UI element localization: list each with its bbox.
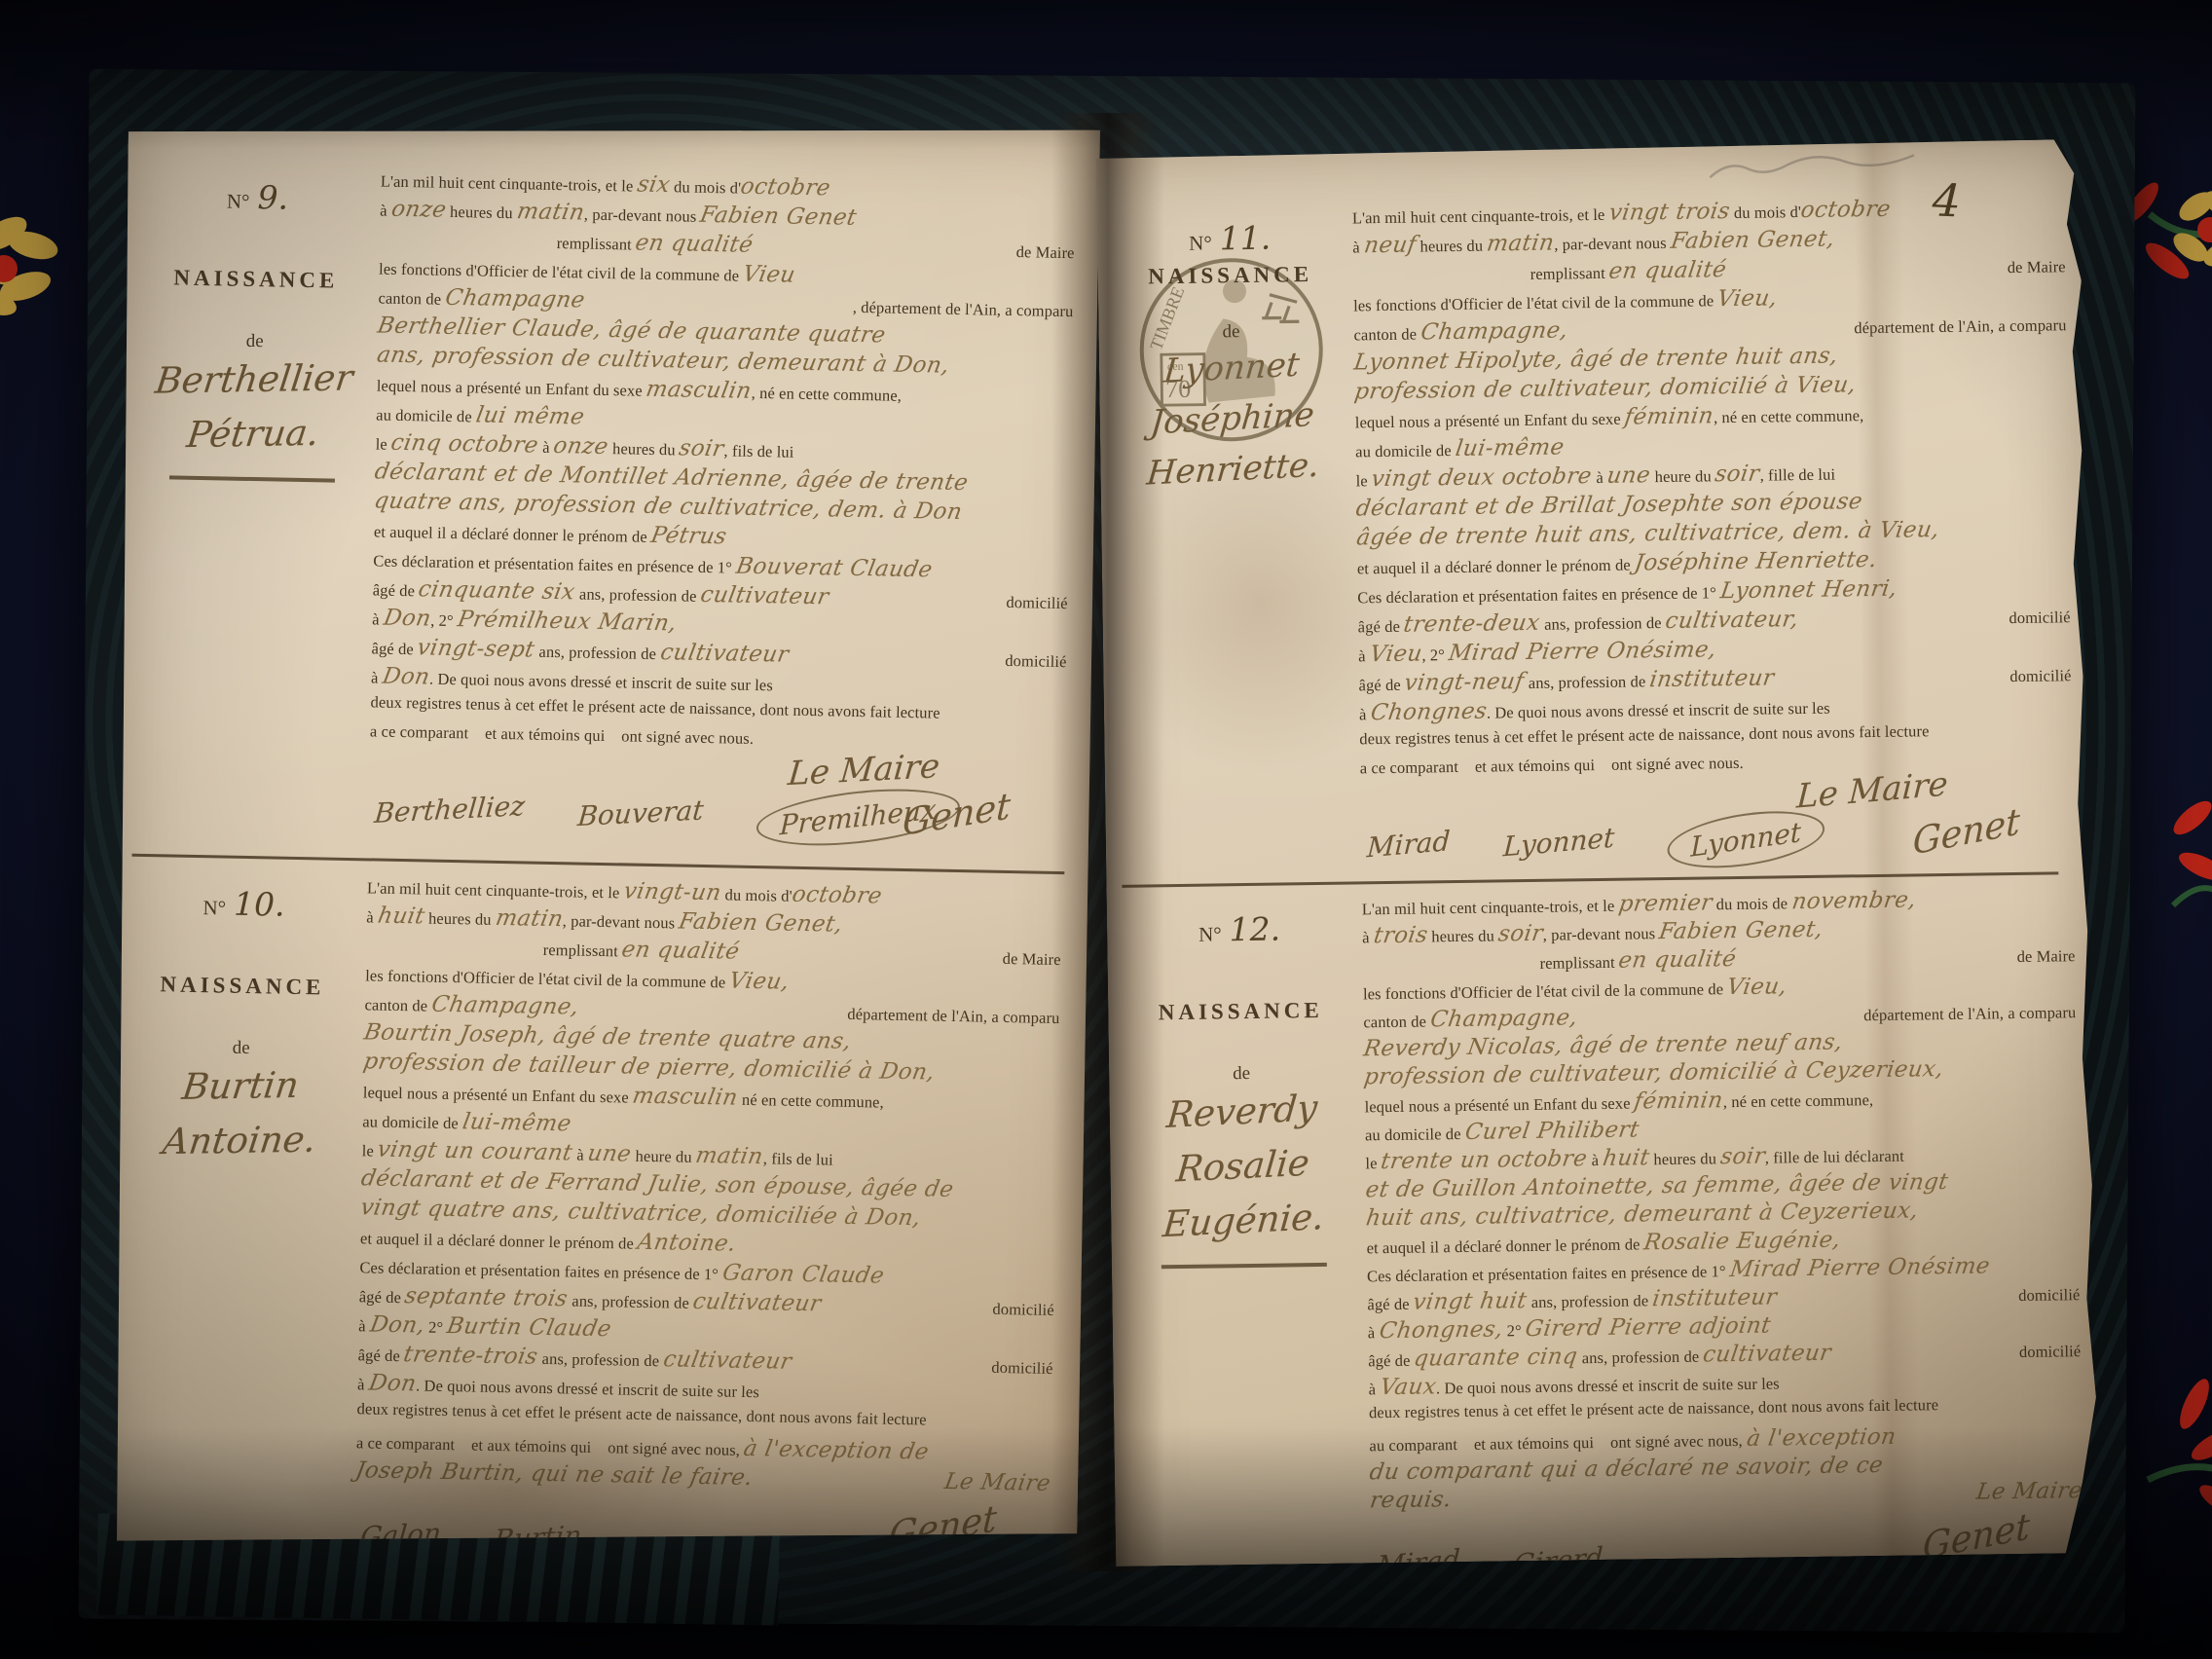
handwritten-entry: Le Maire <box>1975 1478 2084 1505</box>
printed-form-text: du mois de <box>1712 894 1791 914</box>
printed-form-text: heures du <box>1649 1149 1720 1169</box>
handwritten-entry: vingt-un <box>621 878 722 905</box>
margin-child-name: Berthellier <box>137 350 370 409</box>
handwritten-entry: Burtin Claude <box>445 1313 613 1342</box>
handwritten-entry: vingt-neuf <box>1403 669 1526 696</box>
printed-form-text: Ces déclaration et présentation faites e… <box>359 1258 722 1284</box>
mayor-signature: Genet <box>1912 800 2020 864</box>
handwritten-entry: Lyonnet Hipolyte, âgé de trente huit ans… <box>1352 343 1839 375</box>
printed-form-text: âgé de <box>359 1287 406 1308</box>
printed-form-text: Ces déclaration et présentation faites e… <box>1367 1262 1730 1286</box>
signature-block: Le MaireMiradLyonnetLyonnetGenet <box>1360 784 2074 875</box>
signature-row: MiradLyonnetLyonnet <box>1366 813 1825 871</box>
handwritten-entry: Pétrus <box>649 523 729 549</box>
record-number-label: N° <box>1198 922 1222 945</box>
handwritten-entry: masculin <box>631 1084 740 1111</box>
printed-form-text: ans, profession de <box>1525 672 1650 693</box>
handwritten-entry: Rosalie Eugénie, <box>1642 1228 1842 1256</box>
handwritten-entry: vingt huit <box>1412 1288 1529 1315</box>
handwritten-entry: Bouverat Claude <box>734 554 935 583</box>
birth-record-10: N°10.NAISSANCEdeBurtinAntoine.L'an mil h… <box>111 869 1076 1554</box>
printed-form-text: canton de <box>1353 324 1420 345</box>
handwritten-entry: matin <box>515 199 587 225</box>
handwritten-entry: Fabien Genet, <box>1658 917 1825 944</box>
handwritten-entry: octobre <box>1799 197 1893 223</box>
record-margin: N°11.TIMBREcen70NAISSANCEdeLyonnetJoséph… <box>1117 218 1346 497</box>
page-right[interactable]: 4 N°11.TIMBREcen70NAISSANCEdeLyonnetJosé… <box>1096 139 2099 1567</box>
handwritten-entry: vingt un courant <box>376 1137 575 1166</box>
handwritten-entry: masculin <box>645 377 754 404</box>
handwritten-entry: cultivateur <box>691 1289 824 1316</box>
printed-form-text: L'an mil huit cent cinquante-trois, et l… <box>367 878 624 903</box>
margin-underline <box>1161 1263 1327 1269</box>
printed-form-text: du mois d' <box>1730 203 1802 223</box>
handwritten-entry: lui même <box>474 402 586 429</box>
handwritten-entry: Vieu, <box>1716 285 1780 312</box>
handwritten-entry: matin <box>494 905 566 932</box>
handwritten-entry: Champagne, <box>1419 317 1569 345</box>
printed-form-text: . De quoi nous avons dressé et inscrit d… <box>429 670 773 696</box>
handwritten-entry: Prémilheux Marin, <box>456 607 679 636</box>
printed-form-text: âgé de <box>1368 1351 1415 1372</box>
handwritten-entry: cultivateur <box>1702 1341 1833 1368</box>
handwritten-entry: Chongnes <box>1369 699 1489 726</box>
printed-form-text: , fils de lui <box>723 441 793 461</box>
handwritten-entry: Champagne <box>443 285 587 313</box>
printed-form-text: domicilié <box>2005 608 2071 628</box>
printed-form-text: remplissant <box>1530 264 1610 284</box>
handwritten-entry: huit <box>1601 1145 1651 1171</box>
printed-form-text: heures du <box>424 909 496 930</box>
printed-form-text: de Maire <box>998 949 1060 970</box>
embroidered-flower-right-middle <box>2163 789 2212 925</box>
birth-record-11: N°11.TIMBREcen70NAISSANCEdeLyonnetJoséph… <box>1109 194 2075 879</box>
handwritten-entry: féminin <box>1633 1088 1725 1114</box>
printed-form-text: ans, profession de <box>1527 1291 1652 1312</box>
record-number: N°12. <box>1126 909 1353 950</box>
witness-signature: Lyonnet <box>1668 803 1825 877</box>
printed-form-text: au domicile de <box>1365 1124 1465 1145</box>
record-body: L'an mil huit cent cinquante-trois, et l… <box>354 873 1062 1557</box>
handwritten-entry: onze <box>389 197 449 223</box>
printed-form-text: âgé de <box>1358 617 1405 638</box>
record-margin: N°12.NAISSANCEdeReverdyRosalieEugénie. <box>1126 909 1357 1270</box>
margin-naissance-label: NAISSANCE <box>129 972 355 1001</box>
printed-form-text: heure du <box>1650 466 1715 487</box>
printed-form-text: L'an mil huit cent cinquante-trois, et l… <box>1352 205 1609 229</box>
record-body: L'an mil huit cent cinquante-trois, et l… <box>368 166 1076 852</box>
record-number-value: 10. <box>234 885 285 924</box>
stamp-unit-label: cen <box>1167 359 1184 373</box>
printed-form-text: . De quoi nous avons dressé et inscrit d… <box>416 1376 759 1402</box>
handwritten-entry: trente un octobre <box>1380 1146 1589 1174</box>
record-number-label: N° <box>203 896 226 919</box>
printed-form-text: , né en cette commune, <box>1723 1090 1874 1112</box>
witness-signature: Mirad <box>1366 825 1451 864</box>
printed-form-text: , 2° <box>430 611 458 632</box>
printed-form-text: du mois d' <box>720 885 793 905</box>
printed-form-text: âgé de <box>358 1346 405 1366</box>
handwritten-entry: octobre <box>739 174 833 202</box>
margin-de-label: de <box>1118 320 1344 345</box>
printed-form-text: domicilié <box>1001 651 1067 672</box>
handwritten-entry: en qualité <box>634 231 756 258</box>
handwritten-entry: onze <box>552 433 611 460</box>
handwritten-entry: Don, <box>368 1312 427 1339</box>
printed-form-text: département de l'Ain, a comparu <box>843 1005 1060 1028</box>
printed-form-text: ans, profession de <box>1540 613 1666 635</box>
handwritten-entry: à l'exception de <box>742 1436 931 1465</box>
handwritten-entry: instituteur <box>1651 1284 1779 1311</box>
handwritten-entry: Chongnes, <box>1378 1316 1505 1344</box>
printed-form-text: heures du <box>608 439 680 460</box>
page-left[interactable]: N°9.NAISSANCEdeBerthellierPétrua.L'an mi… <box>101 112 1104 1560</box>
printed-form-text: heures du <box>1416 237 1487 257</box>
margin-naissance-label: NAISSANCE <box>1118 262 1344 290</box>
handwritten-entry: soir <box>1718 1144 1766 1170</box>
printed-form-text: lequel nous a présenté un Enfant du sexe <box>377 376 647 400</box>
handwritten-entry: Girerd Pierre adjoint <box>1524 1313 1773 1343</box>
handwritten-entry: Don <box>367 1371 419 1397</box>
printed-form-text: , département de l'Ain, a comparu <box>853 298 1074 321</box>
printed-form-text: . De quoi nous avons dressé et inscrit d… <box>1487 699 1830 723</box>
handwritten-entry: lui-même <box>461 1109 573 1136</box>
handwritten-entry: en qualité <box>1607 257 1728 284</box>
printed-form-text: remplissant <box>543 940 623 962</box>
handwritten-entry: vingt-sept <box>416 635 537 662</box>
handwritten-entry: vingt trois <box>1607 199 1732 226</box>
printed-form-text: département de l'Ain, a comparu <box>1850 315 2067 338</box>
witness-signature: Berthelliez <box>373 790 526 829</box>
printed-form-text: , fille de lui <box>1759 465 1835 486</box>
handwritten-entry: trente-trois <box>402 1342 540 1370</box>
printed-form-text: domicilié <box>1002 593 1068 613</box>
printed-form-text: domicilié <box>2014 1285 2081 1306</box>
printed-form-text: remplissant <box>556 234 636 255</box>
handwritten-entry: une <box>1605 462 1652 489</box>
margin-child-name: Eugénie. <box>1128 1188 1359 1254</box>
handwritten-entry: Don <box>382 606 433 632</box>
photo-scene: N°9.NAISSANCEdeBerthellierPétrua.L'an mi… <box>0 0 2212 1659</box>
printed-form-text: et auquel il a déclaré donner le prénom … <box>360 1229 638 1253</box>
handwritten-entry: Vieu <box>741 262 797 288</box>
handwritten-entry: Vieu, <box>727 969 792 995</box>
handwritten-entry: trente-deux <box>1402 610 1542 638</box>
printed-form-text: né en cette commune, <box>738 1090 884 1113</box>
handwritten-entry: cultivateur <box>698 582 830 609</box>
handwritten-entry: cultivateur <box>661 1346 793 1374</box>
printed-form-text: , né en cette commune, <box>751 384 902 406</box>
printed-form-text: âgé de <box>373 580 420 601</box>
handwritten-entry: Fabien Genet, <box>1669 227 1836 254</box>
record-body: L'an mil huit cent cinquante-trois, et l… <box>1362 885 2084 1565</box>
printed-form-text: heures du <box>446 203 517 223</box>
handwritten-entry: Champagne, <box>1428 1005 1579 1032</box>
printed-form-text: ans, profession de <box>575 584 701 606</box>
printed-form-text: ans, profession de <box>568 1291 693 1312</box>
handwritten-entry: octobre <box>790 882 884 909</box>
printed-form-text: domicilié <box>988 1300 1054 1320</box>
record-number: N°9. <box>144 176 371 218</box>
handwritten-entry: cultivateur <box>658 640 791 667</box>
printed-form-text: Ces déclaration et présentation faites e… <box>373 551 736 577</box>
printed-form-text: Ces déclaration et présentation faites e… <box>1357 583 1720 608</box>
handwritten-entry: Don <box>380 664 431 690</box>
birth-record-12: N°12.NAISSANCEdeReverdyRosalieEugénie.L'… <box>1119 885 2083 1563</box>
record-number-label: N° <box>1189 231 1212 254</box>
handwritten-entry: Vaux <box>1378 1374 1437 1400</box>
handwritten-entry: Mirad Pierre Onésime <box>1728 1253 1992 1282</box>
printed-form-text: âgé de <box>371 639 418 659</box>
printed-form-text: de Maire <box>2012 946 2075 967</box>
printed-form-text: de Maire <box>2003 257 2065 277</box>
handwritten-entry: en qualité <box>1617 946 1738 974</box>
printed-form-text: , fille de lui déclarant <box>1765 1147 1904 1168</box>
handwritten-entry: instituteur <box>1648 665 1776 692</box>
handwritten-entry: neuf <box>1362 233 1418 259</box>
printed-form-text: et auquel il a déclaré donner le prénom … <box>1357 555 1635 578</box>
printed-form-text: 2° <box>424 1318 448 1338</box>
printed-form-text: 2° <box>1502 1321 1526 1341</box>
margin-child-name: Pétrua. <box>136 405 369 463</box>
printed-form-text: âgé de <box>1358 676 1405 696</box>
printed-form-text: au comparant et aux témoins qui ont sign… <box>1369 1431 1747 1456</box>
printed-form-text: de Maire <box>1012 242 1074 263</box>
signature-block: Le MaireBerthelliezBouveratPremilheuxGen… <box>368 756 1064 852</box>
printed-form-text: , par-devant nous <box>1543 924 1660 945</box>
handwritten-entry: soir <box>1496 921 1544 947</box>
embroidered-flower-right-bottom <box>2138 1344 2212 1529</box>
handwritten-entry: premier <box>1617 890 1714 916</box>
handwritten-entry: Curel Philibert <box>1463 1117 1641 1145</box>
margin-underline <box>169 475 335 482</box>
handwritten-entry: à l'exception <box>1745 1424 1898 1452</box>
printed-form-text: canton de <box>1363 1012 1430 1032</box>
birth-record-9: N°9.NAISSANCEdeBerthellierPétrua.L'an mi… <box>125 163 1089 865</box>
handwritten-entry: soir <box>678 435 726 461</box>
margin-child-name: Antoine. <box>123 1112 355 1170</box>
handwritten-entry: trois <box>1372 922 1429 948</box>
handwritten-entry: Fabien Genet, <box>677 909 845 938</box>
printed-form-text: du mois d' <box>670 177 742 198</box>
printed-form-text: lequel nous a présenté un Enfant du sexe <box>363 1083 634 1107</box>
printed-form-text: L'an mil huit cent cinquante-trois, et l… <box>1362 897 1619 920</box>
printed-form-text: a ce comparant et aux témoins qui ont si… <box>1360 754 1744 779</box>
printed-form-text: . De quoi nous avons dressé et inscrit d… <box>1436 1374 1780 1398</box>
handwritten-entry: matin <box>694 1143 766 1169</box>
handwritten-entry: vingt deux octobre <box>1370 463 1594 492</box>
printed-form-text: au domicile de <box>1355 441 1456 461</box>
record-number-label: N° <box>227 189 250 212</box>
handwritten-entry: cultivateur, <box>1664 607 1800 634</box>
printed-form-text: ans, profession de <box>537 1349 663 1371</box>
printed-form-text: les fonctions d'Officier de l'état civil… <box>365 966 730 992</box>
printed-form-text: heures du <box>1427 926 1498 946</box>
stamp-value: 70 <box>1165 375 1191 403</box>
margin-child-name: Burtin <box>124 1057 356 1116</box>
printed-form-text: et auquel il a déclaré donner le prénom … <box>1367 1235 1644 1258</box>
handwritten-entry: Vieu <box>1368 641 1423 667</box>
record-number: N°10. <box>130 883 357 925</box>
handwritten-entry: une <box>586 1141 634 1167</box>
printed-form-text: les fonctions d'Officier de l'état civil… <box>1363 979 1728 1004</box>
printed-form-text: département de l'Ain, a comparu <box>1860 1003 2077 1025</box>
handwritten-entry: féminin <box>1623 403 1715 429</box>
handwritten-entry: novembre, <box>1789 887 1917 914</box>
printed-form-text: ans, profession de <box>1577 1347 1703 1369</box>
handwritten-entry: quarante cinq <box>1413 1344 1580 1371</box>
printed-form-text: , par-devant nous <box>1554 234 1671 255</box>
printed-form-text: ans, profession de <box>535 643 660 664</box>
handwritten-entry: Fabien Genet <box>698 203 859 231</box>
printed-form-text: domicilié <box>987 1358 1053 1379</box>
handwritten-entry: requis. <box>1368 1487 1453 1513</box>
printed-form-text: lequel nous a présenté un Enfant du sexe <box>1364 1093 1634 1117</box>
printed-form-text: , 2° <box>1421 645 1449 665</box>
printed-form-text: lequel nous a présenté un Enfant du sexe <box>1355 410 1625 433</box>
printed-form-text: âgé de <box>1367 1295 1414 1315</box>
handwritten-entry: Joséphine Henriette. <box>1633 547 1879 576</box>
printed-form-text: , par-devant nous <box>584 205 701 227</box>
handwritten-entry: matin <box>1485 231 1556 257</box>
printed-form-text: heure du <box>631 1147 696 1167</box>
printed-form-text: a ce comparant et aux témoins qui ont si… <box>356 1433 745 1460</box>
handwritten-entry: en qualité <box>620 937 742 964</box>
signature-row: BerthelliezBouveratPremilheux <box>374 782 960 845</box>
record-body: L'an mil huit cent cinquante-trois, et l… <box>1352 194 2075 875</box>
handwritten-entry: Garon Claude <box>720 1260 886 1288</box>
printed-form-text: L'an mil huit cent cinquante-trois, et l… <box>381 171 638 196</box>
handwritten-entry: Reverdy Nicolas, âgé de trente neuf ans, <box>1362 1029 1845 1061</box>
printed-form-text: au domicile de <box>362 1112 462 1133</box>
printed-form-text: les fonctions d'Officier de l'état civil… <box>379 259 744 285</box>
printed-form-text: les fonctions d'Officier de l'état civil… <box>1353 291 1718 315</box>
handwritten-entry: six <box>635 172 672 199</box>
handwritten-entry: septante trois <box>403 1283 571 1311</box>
witness-signature: Bouverat <box>576 793 705 832</box>
le-maire-signature: Le Maire <box>787 747 941 793</box>
handwritten-entry: cinquante six <box>417 576 577 605</box>
printed-form-text: remplissant <box>1539 953 1619 974</box>
margin-naissance-label: NAISSANCE <box>1127 998 1353 1026</box>
printed-form-text: , par-devant nous <box>563 911 680 933</box>
record-number-value: 12. <box>1229 910 1280 949</box>
handwritten-entry: lui-même <box>1454 434 1566 461</box>
printed-form-text: et auquel il a déclaré donner le prénom … <box>374 522 651 546</box>
printed-form-text: , né en cette commune, <box>1714 406 1864 427</box>
handwritten-entry: Le Maire <box>942 1469 1052 1496</box>
handwritten-entry: soir <box>1714 461 1761 488</box>
margin-naissance-label: NAISSANCE <box>143 265 369 294</box>
record-number-value: 9. <box>257 178 288 217</box>
handwritten-entry: cinq octobre <box>389 430 541 459</box>
handwritten-entry: Champagne, <box>429 992 580 1020</box>
printed-form-text: domicilié <box>2006 666 2072 686</box>
printed-form-text: , fils de lui <box>763 1149 833 1169</box>
record-margin: N°9.NAISSANCEdeBerthellierPétrua. <box>139 176 371 483</box>
handwritten-entry: Antoine. <box>636 1230 738 1257</box>
printed-form-text: au domicile de <box>376 405 476 426</box>
printed-form-text: canton de <box>364 995 431 1015</box>
record-margin: N°10.NAISSANCEdeBurtinAntoine. <box>126 883 357 1170</box>
handwritten-entry: Mirad Pierre Onésime, <box>1447 637 1717 666</box>
handwritten-entry: huit <box>376 903 426 930</box>
witness-signature: Lyonnet <box>1502 822 1615 864</box>
handwritten-entry: Lyonnet Henri, <box>1718 576 1899 605</box>
printed-form-text: canton de <box>378 288 445 309</box>
printed-form-text: domicilié <box>2015 1342 2082 1362</box>
handwritten-entry: Vieu, <box>1725 974 1788 1000</box>
